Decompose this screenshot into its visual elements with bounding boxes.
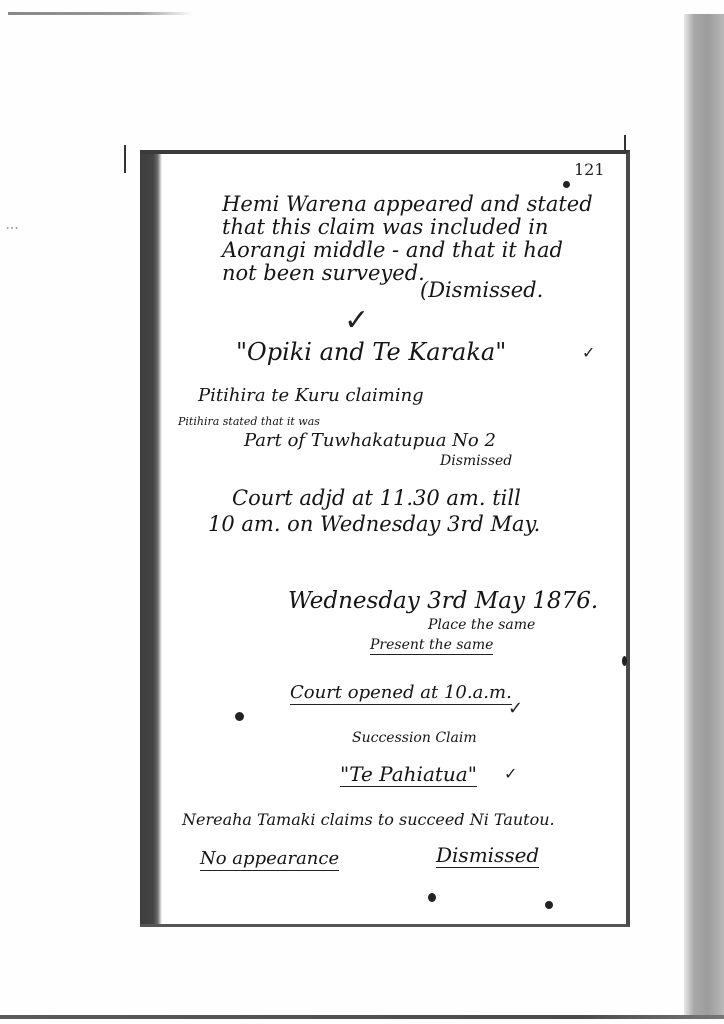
checkmark-icon: ✓ <box>582 345 595 361</box>
checkmark-icon: ✓ <box>344 306 369 336</box>
ink-blot <box>622 656 627 666</box>
claim-line: Nereaha Tamaki claims to succeed Ni Taut… <box>182 812 555 828</box>
entry1-line1: Hemi Warena appeared and stated <box>222 194 593 215</box>
checkmark-icon: ✓ <box>508 700 523 718</box>
ink-blot <box>235 712 244 721</box>
claim-name: "Te Pahiatua" <box>340 764 477 787</box>
scan-top-edge <box>8 12 193 15</box>
entry1-verdict: (Dismissed. <box>420 280 543 301</box>
adjournment-line2: 10 am. on Wednesday 3rd May. <box>208 514 540 535</box>
corner-mark-left <box>124 145 126 173</box>
final-verdict: Dismissed <box>436 845 539 868</box>
entry2-verdict: Dismissed <box>440 454 512 468</box>
entry2-title: "Opiki and Te Karaka" <box>236 340 506 364</box>
scan-bottom-edge <box>0 1015 724 1019</box>
ink-blot <box>545 901 553 909</box>
session-opened: Court opened at 10.a.m. <box>290 684 512 705</box>
entry2-detail: Part of Tuwhakatupua No 2 <box>244 432 496 450</box>
checkmark-icon: ✓ <box>504 766 517 782</box>
no-appearance: No appearance <box>200 850 339 871</box>
entry1-line4: not been surveyed. <box>222 263 425 284</box>
ink-blot <box>428 893 436 902</box>
entry2-note: Pitihira stated that it was <box>178 416 320 427</box>
page-number: 121 <box>574 160 605 179</box>
entry2-claimant: Pitihira te Kuru claiming <box>198 387 424 405</box>
session-present: Present the same <box>370 638 493 655</box>
claim-type: Succession Claim <box>352 731 477 745</box>
page-binding-shadow <box>140 154 162 924</box>
book-spine-shadow <box>684 14 724 1016</box>
ink-blot <box>563 181 570 188</box>
entry1-line2: that this claim was included in <box>222 217 548 238</box>
margin-marks: ∙∙∙ <box>6 224 19 232</box>
adjournment-line1: Court adjd at 11.30 am. till <box>232 488 521 509</box>
session-place: Place the same <box>428 618 535 632</box>
session-date: Wednesday 3rd May 1876. <box>288 590 598 613</box>
entry1-line3: Aorangi middle - and that it had <box>222 240 563 261</box>
